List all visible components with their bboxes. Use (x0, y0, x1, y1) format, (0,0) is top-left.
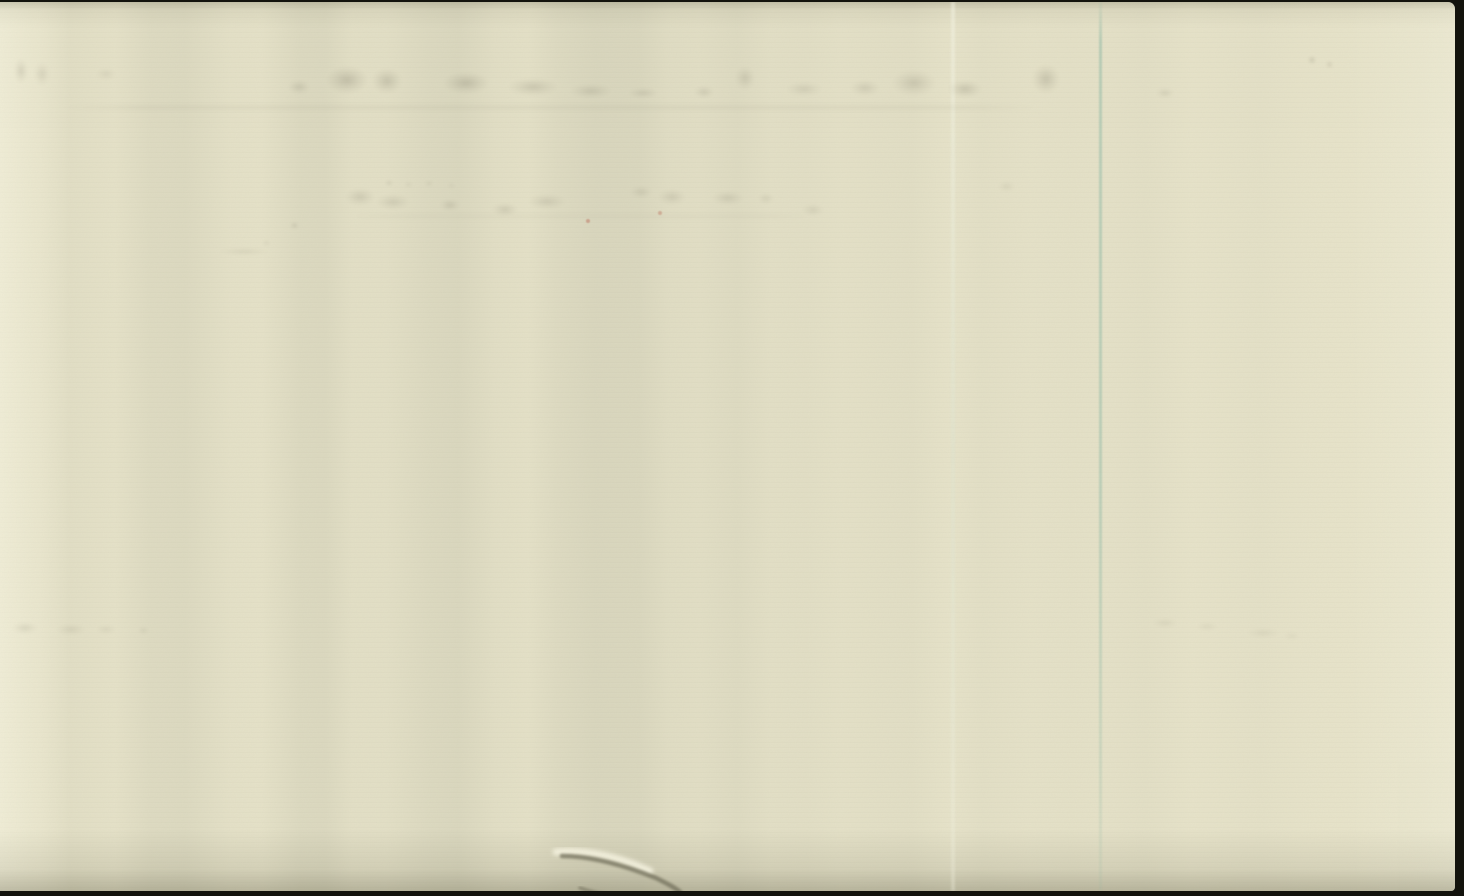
ink-bleed-smudge (694, 86, 714, 98)
red-ink-speck (586, 219, 590, 223)
ink-bleed-dot (448, 183, 455, 188)
card-paper (0, 2, 1455, 891)
stray-mark (290, 222, 299, 229)
ink-bleed-smudge (372, 68, 402, 94)
ink-bleed-smudge (786, 82, 822, 96)
paper-grain-texture (0, 2, 1455, 891)
ink-bleed-smudge (440, 199, 460, 211)
ink-bleed-smudge (528, 194, 566, 209)
ink-bleed-smudge (850, 80, 880, 96)
ink-bleed-dot (405, 182, 412, 187)
stray-mark (263, 240, 270, 246)
ink-bleed-smudge (802, 204, 824, 216)
ink-bleed-smudge (492, 203, 518, 216)
ink-bleed-smudge (376, 194, 410, 210)
ink-bleed-smudge (34, 62, 50, 86)
ink-bleed-smudge (712, 191, 744, 205)
ink-bleed-smudge (14, 58, 28, 84)
stray-mark (218, 248, 270, 255)
ink-bleed-dot (1326, 61, 1333, 68)
faint-mark-right (1152, 618, 1178, 628)
ink-bleed-smudge (758, 193, 774, 204)
red-ink-speck (658, 211, 662, 215)
ink-bleed-smudge (570, 84, 612, 98)
paper-crease (528, 826, 748, 891)
faint-mark-right (1246, 628, 1280, 638)
faint-mark-left (96, 625, 116, 634)
ink-bleed-smudge (1032, 64, 1060, 94)
ink-bleed-smudge (735, 66, 755, 90)
ink-bleed-smudge (1156, 88, 1174, 98)
ink-bleed-dot (425, 181, 433, 186)
faint-mark-right (1196, 622, 1218, 631)
faint-mark-left (12, 622, 38, 634)
blue-fiber-line (1099, 2, 1102, 891)
ink-bleed-dot (385, 180, 393, 186)
pale-fiber-line (951, 2, 955, 891)
ink-bleed-underline (60, 105, 1040, 110)
ink-bleed-smudge (288, 80, 310, 94)
ink-bleed-smudge (96, 68, 116, 80)
faint-mark-right (1284, 632, 1300, 640)
ink-bleed-smudge (443, 72, 489, 94)
ink-bleed-smudge (628, 88, 658, 98)
ink-bleed-smudge (948, 80, 982, 98)
ink-bleed-underline (350, 214, 810, 218)
ink-bleed-smudge (326, 66, 368, 94)
ink-bleed-smudge (508, 78, 558, 96)
ink-bleed-smudge (630, 186, 652, 198)
ink-bleed-smudge (345, 188, 375, 206)
ink-bleed-smudge (658, 189, 686, 205)
scan-background (0, 0, 1464, 896)
ink-bleed-smudge (998, 181, 1015, 192)
ink-bleed-smudge (892, 70, 936, 96)
faint-mark-left (138, 627, 149, 634)
ink-bleed-dot (1308, 56, 1316, 64)
faint-mark-left (56, 624, 86, 635)
